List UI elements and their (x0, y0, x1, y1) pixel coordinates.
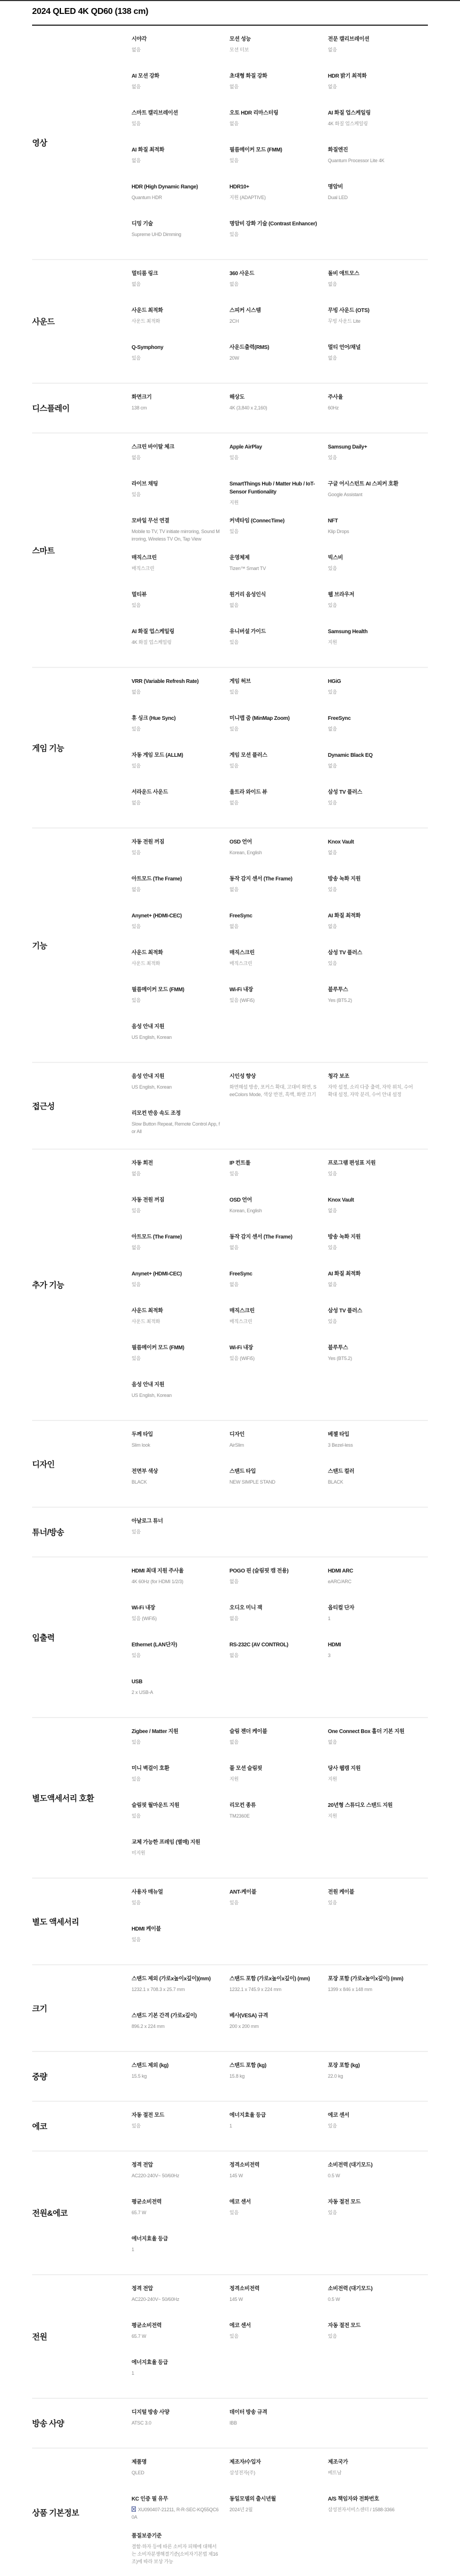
spec-label: OSD 언어 (229, 838, 318, 846)
spec-value: 있음 (132, 1812, 220, 1820)
spec-label: 에코 센서 (328, 2111, 418, 2119)
spec-label: 평균소비전력 (132, 2322, 220, 2330)
spec-label: 명암비 강화 기술 (Contrast Enhancer) (229, 220, 318, 228)
spec-sections: 영상 시야각 없음 모션 성능 모션 터보 전문 캘리브레이션 없음 AI 모션… (32, 26, 428, 2576)
spec-value: 없음 (229, 1615, 318, 1622)
spec-value: 있음 (229, 639, 318, 646)
spec-item: HDR (High Dynamic Range) Quantum HDR (132, 179, 229, 216)
spec-item: 방송 녹화 지원 있음 (328, 871, 428, 908)
spec-value: 15.5 kg (132, 2072, 220, 2080)
spec-value: 매직스크린 (132, 565, 220, 572)
spec-value: US English, Korean (132, 1083, 220, 1091)
spec-item: RS-232C (AV CONTROL) 없음 (229, 1637, 328, 1674)
spec-value: 4K 화질 업스케일링 (132, 639, 220, 646)
spec-item: 포장 포함 (kg) 22.0 kg (328, 2058, 428, 2095)
spec-item: 전문 캘리브레이션 없음 (328, 32, 428, 69)
spec-label: 두께 타입 (132, 1431, 220, 1439)
spec-grid: 두께 타입 Slim look 디자인 AirSlim 베젤 타입 3 Beze… (132, 1427, 428, 1501)
spec-label: 제조자/수입자 (229, 2458, 318, 2466)
spec-label: 방송 녹화 지원 (328, 875, 418, 883)
spec-label: 자동 절전 모드 (328, 2198, 418, 2206)
spec-item: 에코 센서 있음 (328, 2108, 428, 2145)
spec-label: 에코 센서 (229, 2322, 318, 2330)
spec-grid: 화면크기 138 cm 해상도 4K (3,840 x 2,160) 주사율 6… (132, 390, 428, 427)
spec-section-10: 입출력 HDMI 최대 지원 주사율 4K 60Hz (for HDMI 1/2… (32, 1557, 428, 1718)
spec-item: 스탠드 포함 (가로x높이x깊이) (mm) 1232.1 x 745.9 x … (229, 1971, 328, 2008)
spec-value: 없음 (328, 1281, 418, 1288)
spec-item: AI 모션 강화 없음 (132, 69, 229, 105)
spec-item: HDMI 케이블 있음 (132, 1921, 229, 1958)
spec-value: 있음 (328, 886, 418, 893)
spec-item: FreeSync 없음 (328, 711, 428, 748)
spec-label: Wi-Fi 내장 (132, 1604, 220, 1612)
spec-value: Korean, English (229, 1207, 318, 1214)
spec-value: 지원 (ADAPTIVE) (229, 194, 318, 201)
spec-label: 디밍 기술 (132, 220, 220, 228)
spec-value: 사운드 최적화 (132, 960, 220, 967)
spec-value: 없음 (328, 923, 418, 930)
spec-item: 멀티 언어/채널 없음 (328, 340, 428, 377)
spec-label: 돌비 애트모스 (328, 270, 418, 278)
spec-page: 2024 QLED 4K QD60 (138 cm) 영상 시야각 없음 모션 … (0, 1, 460, 2576)
spec-label: 데이터 방송 규격 (229, 2408, 318, 2417)
spec-value: 지원 (229, 1775, 318, 1783)
spec-value: Slim look (132, 1441, 220, 1449)
spec-value: 있음 (132, 602, 220, 609)
spec-item: 아날로그 튜너 있음 (132, 1514, 229, 1551)
spec-item: 화질엔진 Quantum Processor Lite 4K (328, 142, 428, 179)
spec-grid: 사용자 매뉴얼 있음 ANT-케이블 있음 전원 케이블 있음 HDMI 케이블… (132, 1884, 428, 1958)
spec-item: Q-Symphony 있음 (132, 340, 229, 377)
spec-section-2: 디스플레이 화면크기 138 cm 해상도 4K (3,840 x 2,160)… (32, 384, 428, 434)
spec-item: 스탠드 컬러 BLACK (328, 1464, 428, 1501)
spec-label: 스탠드 제외 (가로x높이x깊이)(mm) (132, 1975, 220, 1983)
spec-value: 없음 (132, 454, 220, 461)
spec-value: 896.2 x 224 mm (132, 2023, 220, 2030)
spec-label: 서라운드 사운드 (132, 788, 220, 796)
spec-label: KC 인증 필 유무 (132, 2495, 220, 2503)
spec-value: 200 x 200 mm (229, 2023, 318, 2030)
spec-item: 자동 절전 모드 있음 (328, 2194, 428, 2231)
spec-label: 전면부 색상 (132, 1468, 220, 1476)
spec-label: NFT (328, 517, 418, 525)
spec-label: AI 화질 최적화 (328, 912, 418, 920)
spec-label: 에너지효율 등급 (229, 2111, 318, 2119)
spec-value: 없음 (132, 83, 220, 90)
spec-value: 없음 (229, 602, 318, 609)
spec-item: 에너지효율 등급 1 (229, 2108, 328, 2145)
spec-value: 있음 (229, 2209, 318, 2216)
spec-value: 있음 (328, 799, 418, 807)
spec-item: Knox Vault 없음 (328, 1192, 428, 1229)
section-title: 크기 (32, 1971, 132, 2045)
spec-value: 있음 (132, 1738, 220, 1746)
spec-value: 있음 (328, 2332, 418, 2340)
spec-item: 동작 감지 센서 (The Frame) 없음 (229, 1229, 328, 1266)
spec-label: FreeSync (328, 715, 418, 723)
spec-label: 자동 게임 모드 (ALLM) (132, 751, 220, 759)
spec-item: 자동 전원 꺼짐 있음 (132, 1192, 229, 1229)
spec-item: 블루투스 Yes (BT5.2) (328, 982, 428, 1019)
spec-label: Ethernet (LAN단자) (132, 1641, 220, 1649)
section-title: 에코 (32, 2108, 132, 2145)
spec-value: 있음 (229, 688, 318, 696)
spec-item: 필름메이커 모드 (FMM) 있음 (132, 1340, 229, 1377)
spec-value: 없음 (229, 1738, 318, 1746)
spec-item: 무빙 사운드 (OTS) 무빙 사운드 Lite (328, 303, 428, 340)
spec-item: HDMI 최대 지원 주사율 4K 60Hz (for HDMI 1/2/3) (132, 1563, 229, 1600)
spec-value: 있음 (132, 354, 220, 362)
spec-value: 있음 (328, 2122, 418, 2130)
spec-value: 매직스크린 (229, 960, 318, 967)
spec-label: One Connect Box 홀더 기본 지원 (328, 1728, 418, 1736)
spec-label: RS-232C (AV CONTROL) (229, 1641, 318, 1649)
spec-item: Knox Vault 없음 (328, 834, 428, 871)
spec-value: Tizen™ Smart TV (229, 565, 318, 572)
spec-label: 품질보증기준 (132, 2532, 220, 2540)
spec-label: 슬림핏 월마운트 지원 (132, 1802, 220, 1810)
spec-label: Wi-Fi 내장 (229, 986, 318, 994)
spec-item: 평균소비전력 65.7 W (132, 2194, 229, 2231)
spec-item: 디밍 기술 Supreme UHD Dimming (132, 216, 229, 253)
spec-value: Klip Drops (328, 528, 418, 535)
spec-value: 있음 (WiFi5) (132, 1615, 220, 1622)
section-title: 입출력 (32, 1563, 132, 1711)
spec-value: 지원 (328, 1775, 418, 1783)
spec-item: Wi-Fi 내장 있음 (WiFi5) (132, 1600, 229, 1637)
spec-label: 멀티 언어/채널 (328, 344, 418, 352)
spec-label: 슬림 젠더 케이블 (229, 1728, 318, 1736)
spec-grid: 스크린 바이탈 체크 없음 Apple AirPlay 있음 Samsung D… (132, 439, 428, 661)
spec-item: 에너지효율 등급 1 (132, 2231, 229, 2268)
spec-item: 스탠드 제외 (kg) 15.5 kg (132, 2058, 229, 2095)
spec-label: 옵티컬 단자 (328, 1604, 418, 1612)
spec-grid: 스탠드 제외 (kg) 15.5 kg 스탠드 포함 (kg) 15.8 kg … (132, 2058, 428, 2095)
spec-label: 자동 회전 (132, 1159, 220, 1167)
spec-item: 오디오 미니 잭 없음 (229, 1600, 328, 1637)
spec-value: AirSlim (229, 1441, 318, 1449)
spec-item: 필름메이커 모드 (FMM) 있음 (132, 982, 229, 1019)
spec-value: 있음 (132, 120, 220, 127)
spec-item: 명암비 Dual LED (328, 179, 428, 216)
spec-label: AI 화질 최적화 (132, 146, 220, 154)
spec-label: 게임 허브 (229, 678, 318, 686)
section-title: 별도액세서리 호환 (32, 1724, 132, 1872)
spec-value: 1 (132, 2246, 220, 2253)
spec-item: HGiG 있음 (328, 674, 428, 711)
spec-section-15: 에코 자동 절전 모드 있음 에너지효율 등급 1 에코 센서 있음 (32, 2102, 428, 2152)
spec-label: 오토 HDR 리마스터링 (229, 109, 318, 117)
spec-label: Samsung Health (328, 628, 418, 636)
spec-label: 교체 가능한 프레임 (별매) 지원 (132, 1838, 220, 1846)
spec-label: 베젤 타입 (328, 1431, 418, 1439)
spec-value: Yes (BT5.2) (328, 1355, 418, 1362)
spec-value: 22.0 kg (328, 2072, 418, 2080)
spec-value: BLACK (132, 1478, 220, 1486)
spec-label: 스피커 시스템 (229, 307, 318, 315)
spec-item: 화면크기 138 cm (132, 390, 229, 427)
spec-item: FreeSync 없음 (229, 908, 328, 945)
spec-item: KC 인증 필 유무 XU090407-21211, R-R-SEC-KQ55Q… (132, 2491, 229, 2528)
section-title: 전원 (32, 2281, 132, 2392)
spec-value: 있음 (132, 2122, 220, 2130)
spec-label: 포장 포함 (kg) (328, 2062, 418, 2070)
spec-section-1: 사운드 멀티룸 링크 없음 360 사운드 없음 돌비 애트모스 없음 사운드 … (32, 260, 428, 384)
spec-label: 정격소비전력 (229, 2285, 318, 2293)
spec-value: Mobile to TV, TV initiate mirroring, Sou… (132, 528, 220, 543)
spec-value: 있음 (328, 2209, 418, 2216)
spec-item: 옵티컬 단자 1 (328, 1600, 428, 1637)
spec-value: 없음 (132, 799, 220, 807)
spec-value: 지원 (328, 1812, 418, 1820)
spec-item: 삼성 TV 플러스 있음 (328, 1303, 428, 1340)
spec-value: 없음 (229, 1578, 318, 1585)
spec-value: 없음 (132, 280, 220, 288)
spec-item: 당사 웹캠 지원 지원 (328, 1761, 428, 1798)
spec-value: 3 Bezel-less (328, 1441, 418, 1449)
spec-item: 미니맵 줌 (MinMap Zoom) 있음 (229, 711, 328, 748)
spec-label: 자동 절전 모드 (132, 2111, 220, 2119)
spec-label: 리모컨 반응 속도 조정 (132, 1110, 220, 1118)
spec-label: 빅스비 (328, 554, 418, 562)
spec-label: 커넥타임 (ConnecTime) (229, 517, 318, 525)
spec-label: HGiG (328, 678, 418, 686)
spec-item: 휴 싱크 (Hue Sync) 있음 (132, 711, 229, 748)
spec-item: 웹 브라우저 있음 (328, 587, 428, 624)
spec-value: 있음 (328, 1170, 418, 1177)
spec-value: 145 W (229, 2296, 318, 2303)
spec-value: 없음 (229, 886, 318, 893)
spec-label: 포장 포함 (가로x높이x깊이) (mm) (328, 1975, 418, 1983)
spec-label: 사운드 최적화 (132, 949, 220, 957)
spec-label: 해상도 (229, 393, 318, 401)
spec-value: 0.5 W (328, 2296, 418, 2303)
spec-item: Zigbee / Matter 지원 있음 (132, 1724, 229, 1761)
spec-item: 정격소비전력 145 W (229, 2281, 328, 2318)
spec-grid: 정격 전압 AC220-240V~ 50/60Hz 정격소비전력 145 W 소… (132, 2157, 428, 2268)
spec-item: HDR 밝기 최적화 없음 (328, 69, 428, 105)
spec-section-9: 튜너/방송 아날로그 튜너 있음 (32, 1508, 428, 1557)
spec-label: Apple AirPlay (229, 443, 318, 451)
spec-item: POGO 핀 (슬림핏 캠 전용) 없음 (229, 1563, 328, 1600)
spec-section-11: 별도액세서리 호환 Zigbee / Matter 지원 있음 슬림 젠더 케이… (32, 1718, 428, 1879)
spec-item: 포장 포함 (가로x높이x깊이) (mm) 1399 x 846 x 148 m… (328, 1971, 428, 2008)
spec-label: 초대형 화질 강화 (229, 72, 318, 80)
spec-item: 슬림 젠더 케이블 없음 (229, 1724, 328, 1761)
spec-value: 있음 (229, 528, 318, 535)
spec-grid: VRR (Variable Refresh Rate) 없음 게임 허브 있음 … (132, 674, 428, 822)
spec-item: 청각 보조 자막 설정, 소리 다중 출력, 자막 위치, 수어 확대 설정, … (328, 1069, 428, 1106)
spec-value: 있음 (132, 762, 220, 770)
spec-value: 사운드 최적화 (132, 317, 220, 325)
spec-value: 없음 (132, 46, 220, 54)
spec-label: 삼성 TV 플러스 (328, 788, 418, 796)
spec-value: 화면해설 방송, 포커스 확대, 고대비 화면, SeeColors Mode,… (229, 1083, 318, 1098)
spec-label: 라이브 채팅 (132, 480, 220, 488)
spec-value: Dual LED (328, 194, 418, 201)
spec-value: 있음 (132, 725, 220, 733)
spec-item: 디지털 방송 사양 ATSC 3.0 (132, 2405, 229, 2442)
spec-label: 스탠드 포함 (가로x높이x깊이) (mm) (229, 1975, 318, 1983)
spec-item: 360 사운드 없음 (229, 266, 328, 303)
spec-value: 있음 (132, 491, 220, 498)
spec-value: 미지원 (132, 1849, 220, 1857)
spec-label: 필름메이커 모드 (FMM) (132, 986, 220, 994)
spec-item: Samsung Health 지원 (328, 624, 428, 661)
spec-value: 145 W (229, 2172, 318, 2179)
spec-section-16: 전원&에코 정격 전압 AC220-240V~ 50/60Hz 정격소비전력 1… (32, 2152, 428, 2275)
spec-label: 동일모델의 출시년월 (229, 2495, 318, 2503)
spec-value: 모션 터보 (229, 46, 318, 54)
spec-label: Samsung Daily+ (328, 443, 418, 451)
spec-label: HDMI (328, 1641, 418, 1649)
spec-label: 울트라 와이드 뷰 (229, 788, 318, 796)
spec-value: IBB (229, 2419, 318, 2427)
spec-grid: 음성 안내 지원 US English, Korean 시인성 향상 화면해설 … (132, 1069, 428, 1143)
spec-value: 없음 (229, 1244, 318, 1251)
spec-item: 동작 감지 센서 (The Frame) 없음 (229, 871, 328, 908)
spec-label: 주사율 (328, 393, 418, 401)
spec-value: Yes (BT5.2) (328, 997, 418, 1004)
spec-label: Wi-Fi 내장 (229, 1344, 318, 1352)
spec-label: 제품명 (132, 2458, 220, 2466)
spec-item: 제조국가 베트남 (328, 2455, 428, 2491)
section-title: 별도 액세서리 (32, 1884, 132, 1958)
spec-item: 정격 전압 AC220-240V~ 50/60Hz (132, 2281, 229, 2318)
spec-label: Knox Vault (328, 838, 418, 846)
spec-item: AI 화질 최적화 없음 (328, 908, 428, 945)
spec-item: SmartThings Hub / Matter Hub / IoT-Senso… (229, 476, 328, 513)
spec-label: HDMI ARC (328, 1567, 418, 1575)
spec-grid: 자동 전원 꺼짐 있음 OSD 언어 Korean, English Knox … (132, 834, 428, 1056)
spec-section-0: 영상 시야각 없음 모션 성능 모션 터보 전문 캘리브레이션 없음 AI 모션… (32, 26, 428, 260)
spec-item: 베사(VESA) 규격 200 x 200 mm (229, 2008, 328, 2045)
spec-item: 커넥타임 (ConnecTime) 있음 (229, 513, 328, 550)
section-title: 상품 기본정보 (32, 2455, 132, 2570)
spec-item: HDMI 3 (328, 1637, 428, 1674)
spec-item: 자동 전원 꺼짐 있음 (132, 834, 229, 871)
spec-label: 필름메이커 모드 (FMM) (132, 1344, 220, 1352)
spec-item: One Connect Box 홀더 기본 지원 없음 (328, 1724, 428, 1761)
spec-grid: 정격 전압 AC220-240V~ 50/60Hz 정격소비전력 145 W 소… (132, 2281, 428, 2392)
spec-item: 명암비 강화 기술 (Contrast Enhancer) 있음 (229, 216, 328, 253)
spec-item: 매직스크린 매직스크린 (229, 945, 328, 982)
spec-label: 음성 안내 지원 (132, 1073, 220, 1081)
spec-value: 4K 화질 업스케일링 (328, 120, 418, 127)
spec-grid: 자동 회전 없음 IP 컨트롤 있음 프로그램 편성표 지원 있음 자동 전원 … (132, 1156, 428, 1414)
spec-value: 20W (229, 354, 318, 362)
spec-label: 소비전력 (대기모드) (328, 2285, 418, 2293)
spec-value: Slow Button Repeat, Remote Control App, … (132, 1120, 220, 1135)
spec-label: 매직스크린 (229, 949, 318, 957)
spec-label: 스크린 바이탈 체크 (132, 443, 220, 451)
spec-item: 초대형 화질 강화 없음 (229, 69, 328, 105)
spec-value: 15.8 kg (229, 2072, 318, 2080)
spec-label: 원거리 음성인식 (229, 591, 318, 599)
spec-item: 시야각 없음 (132, 32, 229, 69)
spec-item: Anynet+ (HDMI-CEC) 있음 (132, 1266, 229, 1303)
spec-value: 있음 (WiFi5) (229, 1355, 318, 1362)
spec-grid: 디지털 방송 사양 ATSC 3.0 데이터 방송 규격 IBB (132, 2405, 428, 2442)
spec-label: 운영체제 (229, 554, 318, 562)
spec-item: 제조자/수입자 삼성전자(주) (229, 2455, 328, 2491)
spec-value: 없음 (132, 688, 220, 696)
spec-section-13: 크기 스탠드 제외 (가로x높이x깊이)(mm) 1232.1 x 708.3 … (32, 1965, 428, 2052)
spec-label: SmartThings Hub / Matter Hub / IoT-Senso… (229, 480, 318, 496)
spec-label: 화질엔진 (328, 146, 418, 154)
spec-item: 풀 모션 슬림핏 지원 (229, 1761, 328, 1798)
spec-label: 모바일 무선 연결 (132, 517, 220, 525)
spec-section-4: 게임 기능 VRR (Variable Refresh Rate) 없음 게임 … (32, 668, 428, 829)
spec-label: 아트모드 (The Frame) (132, 875, 220, 883)
spec-item: 스크린 바이탈 체크 없음 (132, 439, 229, 476)
spec-label: Knox Vault (328, 1196, 418, 1204)
spec-value: Korean, English (229, 849, 318, 856)
section-title: 중량 (32, 2058, 132, 2095)
spec-value: 있음 (229, 725, 318, 733)
spec-value: BLACK (328, 1478, 418, 1486)
spec-label: HDR10+ (229, 183, 318, 191)
spec-item: 아트모드 (The Frame) 없음 (132, 1229, 229, 1266)
spec-label: 음성 안내 지원 (132, 1023, 220, 1031)
spec-item: 슬림핏 월마운트 지원 있음 (132, 1798, 229, 1835)
spec-value: 없음 (229, 1281, 318, 1288)
spec-section-19: 상품 기본정보 제품명 QLED 제조자/수입자 삼성전자(주) 제조국가 베트… (32, 2449, 428, 2576)
spec-item: OSD 언어 Korean, English (229, 1192, 328, 1229)
spec-item: 리모컨 종류 TM2360E (229, 1798, 328, 1835)
spec-label: 전원 케이블 (328, 1888, 418, 1896)
spec-value: Quantum HDR (132, 194, 220, 201)
spec-item: 전면부 색상 BLACK (132, 1464, 229, 1501)
spec-item: 시인성 향상 화면해설 방송, 포커스 확대, 고대비 화면, SeeColor… (229, 1069, 328, 1106)
spec-label: 게임 모션 플러스 (229, 751, 318, 759)
spec-value: 60Hz (328, 404, 418, 412)
spec-value: Quantum Processor Lite 4K (328, 157, 418, 164)
spec-item: 오토 HDR 리마스터링 없음 (229, 105, 328, 142)
spec-label: 자동 전원 꺼짐 (132, 838, 220, 846)
spec-label: 멀티룸 링크 (132, 270, 220, 278)
spec-item: 사용자 매뉴얼 있음 (132, 1884, 229, 1921)
spec-label: Anynet+ (HDMI-CEC) (132, 1270, 220, 1278)
spec-value: US English, Korean (132, 1034, 220, 1041)
spec-value: 있음 (132, 923, 220, 930)
spec-value: 있음 (229, 762, 318, 770)
spec-item: 에너지효율 등급 1 (132, 2355, 229, 2392)
spec-value: 있음 (229, 1899, 318, 1906)
spec-label: 화면크기 (132, 393, 220, 401)
spec-value: 삼성전자서비스센터 / 1588-3366 (328, 2506, 418, 2513)
spec-label: 방송 녹화 지원 (328, 1233, 418, 1241)
section-title: 스마트 (32, 439, 132, 661)
spec-item: 돌비 애트모스 없음 (328, 266, 428, 303)
spec-value: 베트남 (328, 2469, 418, 2476)
spec-value: 없음 (328, 46, 418, 54)
spec-item: 멀티뷰 있음 (132, 587, 229, 624)
spec-item: 매직스크린 매직스크린 (132, 550, 229, 587)
section-title: 디스플레이 (32, 390, 132, 427)
spec-value: QLED (132, 2469, 220, 2476)
spec-label: AI 화질 업스케일링 (132, 628, 220, 636)
spec-value: 없음 (132, 157, 220, 164)
spec-item: AI 화질 업스케일링 4K 화질 업스케일링 (328, 105, 428, 142)
spec-item: 에코 센서 있음 (229, 2194, 328, 2231)
spec-label: HDR (High Dynamic Range) (132, 183, 220, 191)
spec-value: 있음 (132, 1899, 220, 1906)
spec-item: Ethernet (LAN단자) 있음 (132, 1637, 229, 1674)
spec-item: 구글 어시스턴트 AI 스피커 호환 Google Assistant (328, 476, 428, 513)
spec-label: FreeSync (229, 1270, 318, 1278)
spec-label: 20년형 스튜디오 스탠드 지원 (328, 1802, 418, 1810)
